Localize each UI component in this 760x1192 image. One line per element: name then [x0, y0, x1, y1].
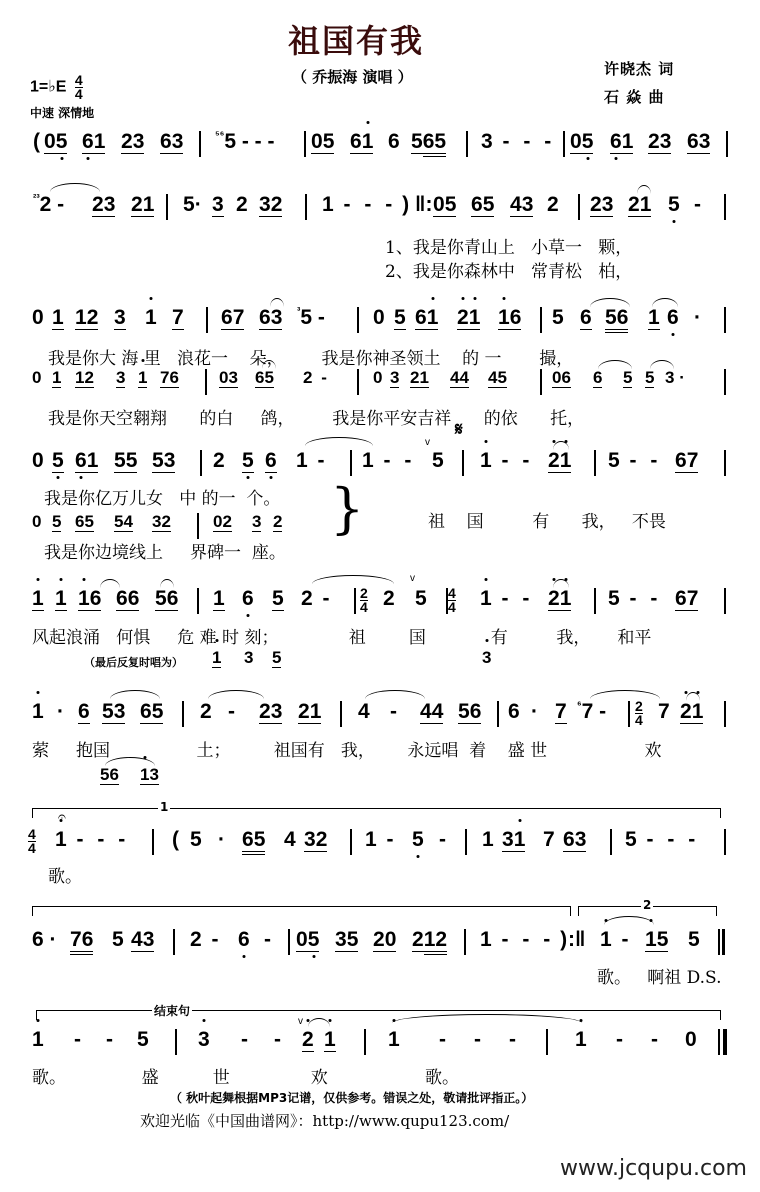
bar-line: [546, 1029, 548, 1055]
note-group: 212: [412, 928, 447, 952]
note: 3: [304, 828, 316, 852]
slur-tie: [392, 1014, 582, 1023]
bar-line: [466, 131, 468, 157]
note-group: ·: [694, 306, 701, 330]
note-group: 3: [198, 1028, 210, 1052]
note: 1: [32, 1028, 44, 1051]
note-group: 2: [383, 587, 395, 611]
bar-line: [724, 450, 726, 476]
note: 1: [640, 193, 652, 217]
bar-line: [724, 307, 726, 333]
note: 2: [298, 700, 310, 724]
time-signature-change: 44: [448, 587, 456, 614]
composer: 石 焱 曲: [604, 86, 664, 107]
note-group: 3: [114, 306, 126, 330]
note-group: 20: [373, 928, 396, 952]
note-group: 05: [296, 928, 319, 952]
note-group: 63: [687, 130, 710, 154]
note: 2: [236, 193, 248, 216]
note: 1: [32, 700, 44, 723]
notation-mark: -: [106, 1028, 113, 1051]
time-signature-change: 44: [28, 828, 36, 855]
bar-line: [462, 450, 464, 476]
notation-mark: -: [630, 449, 637, 472]
note: 6: [75, 449, 87, 473]
notation-mark: -: [384, 449, 391, 472]
note: 5: [445, 193, 457, 217]
note: 5: [434, 130, 446, 157]
note: 3: [116, 368, 125, 388]
note-group: 5: [190, 828, 202, 852]
watermark: www.jcqupu.com: [560, 1156, 747, 1181]
note: 6: [563, 828, 575, 852]
notation-mark: -: [650, 587, 657, 610]
note-group: 12: [75, 306, 98, 330]
note-group: 2 -: [190, 928, 223, 952]
bar-line: [464, 929, 466, 955]
lyric-line: 2、我是你森林中 常青松 柏，: [385, 257, 632, 282]
note-group: 76: [70, 928, 93, 952]
note: 2: [302, 1028, 314, 1052]
slur-tie: [652, 298, 678, 307]
note: 6: [508, 700, 520, 723]
notation-mark: -: [344, 193, 351, 216]
note: 1: [560, 449, 572, 473]
note-group: 5 - -: [608, 587, 661, 611]
bar-line: [197, 513, 199, 539]
breath-mark: v: [410, 573, 415, 584]
note-group: 56: [605, 306, 628, 330]
slur-tie: [308, 1018, 330, 1027]
song-title: 祖国有我: [288, 16, 424, 62]
note-group: 65: [242, 828, 265, 852]
note-group: 5 - - -: [625, 828, 699, 852]
octave-dot-high: [328, 1019, 331, 1022]
notation-mark: -: [439, 828, 446, 851]
note: 7: [70, 928, 82, 955]
lyric-line: 我是你大 海 里 浪花一 朵， 我是你神圣领土 的 一 撮，: [48, 344, 573, 369]
bar-line: [578, 194, 580, 220]
note-group: 3: [390, 368, 399, 388]
note-group: 565: [411, 130, 446, 154]
note: 5 -: [300, 306, 325, 329]
octave-dot-high: [684, 691, 687, 694]
note-group: 43: [510, 193, 533, 217]
volta-label: 结束句: [152, 1002, 192, 1019]
note-group: ²³2 -: [33, 193, 64, 217]
note: 6: [675, 587, 687, 611]
note: 6: [580, 306, 592, 330]
notation-mark: [334, 193, 340, 216]
note: 5: [411, 130, 423, 154]
note: 0: [296, 928, 308, 952]
note: 5: [657, 928, 669, 952]
note-group: -: [237, 1028, 252, 1052]
octave-dot-low: [672, 220, 675, 223]
notation-mark: -: [118, 828, 125, 851]
note: 5: [625, 828, 637, 851]
note-group: 5: [52, 512, 61, 532]
note: 7: [172, 306, 184, 330]
note: 3: [575, 828, 587, 852]
note: 4: [284, 828, 296, 851]
note: 5: [483, 193, 495, 217]
notation-mark: [612, 928, 618, 951]
notation-mark: -: [630, 587, 637, 610]
bar-line: [628, 701, 630, 727]
note: 6: [90, 587, 102, 611]
notation-mark: [355, 193, 361, 216]
note: 3: [602, 193, 614, 217]
note-group: 1 - -: [480, 449, 533, 473]
note-group: 05: [433, 193, 456, 217]
time-signature-change: 24: [360, 587, 368, 614]
note-group: -: [435, 1028, 450, 1052]
note: 5: [152, 700, 164, 724]
note: 6: [675, 449, 687, 473]
note-group: 1 -: [365, 828, 398, 852]
note-group: 67: [675, 587, 698, 611]
note-group: 3 - - -: [481, 130, 555, 154]
note: 1: [622, 130, 634, 154]
bar-line: [304, 131, 306, 157]
octave-dot-low: [614, 157, 617, 160]
note-group: ·: [57, 700, 64, 724]
note-group: 13: [140, 765, 159, 785]
note: 3: [198, 1028, 210, 1051]
lyric-line: 歌。 盛 世 欢 歌。: [32, 1063, 459, 1088]
notation-mark: -: [502, 928, 509, 951]
notation-mark: ): [402, 193, 409, 216]
note: 3: [104, 193, 116, 217]
note: 6: [259, 306, 271, 330]
note: 5 - - -: [224, 130, 274, 153]
bar-line: [175, 1029, 177, 1055]
note-group: 12: [75, 368, 94, 388]
note-group: 23: [259, 700, 282, 724]
note-group: 1 - -: [362, 449, 415, 473]
notation-mark: :: [568, 928, 575, 951]
note: 1: [514, 828, 526, 852]
bar-line: [205, 369, 207, 395]
note-group: 5: [112, 928, 124, 952]
grace-note: ²³: [33, 193, 40, 204]
bar-line: [357, 369, 359, 395]
note: 3: [699, 130, 711, 154]
note: 6: [242, 587, 254, 610]
note-group: 6: [238, 928, 250, 952]
lyric-line: 祖 国 有 我， 不畏: [428, 507, 666, 532]
octave-dot-low: [312, 955, 315, 958]
notation-mark: ·: [531, 700, 538, 723]
note: 3: [660, 130, 672, 154]
note-group: 6: [388, 130, 400, 154]
bar-line: [465, 829, 467, 855]
note-group: 1: [55, 587, 67, 611]
note: 1: [480, 928, 492, 951]
note: 5: [183, 193, 195, 216]
notation-mark: [308, 449, 314, 472]
double-bar-line: [718, 929, 720, 955]
note-group: 1: [324, 1028, 336, 1052]
notation-mark: -: [74, 1028, 81, 1051]
note: 2: [273, 512, 282, 532]
note: 2: [628, 193, 640, 217]
note: 0: [32, 368, 41, 387]
notation-mark: -: [323, 587, 330, 610]
note: 1: [365, 828, 377, 851]
note-group: 61: [82, 130, 105, 154]
note-group: 0: [32, 306, 44, 330]
note-group: 4: [358, 700, 370, 724]
note: 5: [190, 828, 202, 851]
note-group: 44: [28, 828, 36, 855]
note: 5: [152, 449, 164, 473]
notation-mark: -: [651, 1028, 658, 1051]
note: 2: [271, 193, 283, 217]
note: 1: [52, 306, 64, 330]
octave-dot-high: [149, 297, 152, 300]
note-group: :‖: [568, 928, 585, 952]
note-group: 21: [457, 306, 480, 330]
note-group: 5·: [183, 193, 202, 217]
note: 6: [242, 828, 254, 855]
note: 3: [244, 648, 253, 667]
note: 2: [121, 130, 133, 154]
notation-mark: [377, 828, 383, 851]
note: 3: [259, 193, 271, 217]
note: 6: [471, 193, 483, 217]
note-group: 0: [32, 449, 44, 473]
notation-mark: -: [385, 193, 392, 216]
note-group: 1: [32, 1028, 44, 1052]
key: 1=♭E: [30, 79, 66, 96]
octave-dot-high: [484, 440, 487, 443]
note: 5: [264, 368, 273, 388]
note: 4: [123, 512, 132, 532]
volta-bracket-end: [716, 906, 717, 916]
note-group: 1 - - -: [55, 828, 129, 852]
note-group: 05: [311, 130, 334, 154]
note: 6: [561, 368, 570, 388]
notation-mark: -: [543, 928, 550, 951]
note-group: 06: [552, 368, 571, 388]
lyric-line: 我是你边境线上 界碑一 座。: [44, 538, 286, 563]
note: 3: [271, 306, 283, 330]
notation-mark: [641, 587, 647, 610]
note-group: 61: [350, 130, 373, 154]
note-group: 63: [563, 828, 586, 852]
note: 6: [350, 130, 362, 154]
notation-mark: [493, 130, 499, 153]
bar-line: [350, 829, 352, 855]
note: 5: [458, 700, 470, 724]
bar-line: [152, 829, 154, 855]
note: 1: [55, 587, 67, 611]
last-time-note: 3: [244, 648, 253, 668]
note-group: 02: [213, 512, 232, 532]
note: 1: [575, 1028, 587, 1051]
note-group: 5: [137, 1028, 149, 1052]
note: 0: [32, 306, 44, 329]
bar-line: [288, 929, 290, 955]
note: 5: [112, 928, 124, 951]
note-group: 0: [373, 306, 385, 330]
note-group: 65: [140, 700, 163, 724]
note-group: 05: [44, 130, 67, 154]
note: 3: [481, 130, 493, 153]
note-group: 0: [32, 512, 41, 532]
volta-label: 2: [641, 898, 653, 912]
note: 2: [412, 928, 424, 952]
grace-note: ⁶: [577, 700, 582, 711]
note: 2: [92, 193, 104, 217]
fermata-icon: 𝄐: [58, 808, 66, 825]
note-group: 53: [102, 700, 125, 724]
notation-mark: [88, 828, 94, 851]
octave-dot-high: [485, 639, 488, 642]
bar-line: [305, 194, 307, 220]
note-group: 24: [360, 587, 368, 614]
bar-line: [446, 588, 448, 614]
notation-mark: (: [33, 130, 40, 153]
note-group: 21: [131, 193, 154, 217]
last-time-note: 1: [212, 648, 221, 668]
note: 7: [658, 700, 670, 723]
note: 6: [140, 700, 152, 724]
note: 5: [608, 587, 620, 610]
note-group: -: [470, 1028, 485, 1052]
notation-mark: [492, 449, 498, 472]
note: 2: [435, 928, 447, 955]
note-group: 7: [543, 828, 555, 852]
note-group: 67: [221, 306, 244, 330]
note-group: 2: [236, 193, 248, 217]
slur-tie: [590, 298, 630, 307]
note: 5: [582, 130, 594, 154]
note-group: ⁵⁶5 - - -: [215, 130, 274, 154]
notation-mark: [108, 828, 114, 851]
octave-dot-low: [242, 955, 245, 958]
final-bar-thin: [718, 1029, 720, 1055]
note-group: 5: [415, 587, 427, 611]
note: 7: [687, 449, 699, 473]
volta-bracket-end: [720, 808, 721, 818]
notation-mark: ‖: [415, 193, 425, 216]
note: 5: [645, 368, 654, 388]
note: 2: [680, 700, 692, 724]
notation-mark: -: [694, 193, 701, 216]
note: 4: [420, 700, 432, 724]
key-signature: 1=♭E 4 4: [30, 74, 83, 101]
volta-bracket-end: [32, 808, 33, 818]
note-group: 66: [116, 587, 139, 611]
note-group: 1 - - - ): [322, 193, 409, 217]
breath-mark: v: [298, 1016, 303, 1027]
note: 6: [128, 587, 140, 611]
tempo-marking: 中速 深情地: [30, 104, 94, 121]
bar-line: [594, 588, 596, 614]
note: 1: [427, 306, 439, 330]
note: 1: [213, 587, 225, 611]
notation-mark: ·: [50, 928, 57, 951]
slur-tie: [650, 360, 674, 369]
note: 3: [228, 368, 237, 388]
notation-mark: [533, 928, 539, 951]
volta-bracket-end: [36, 1010, 37, 1020]
notation-mark: [637, 828, 643, 851]
bar-line: [497, 701, 499, 727]
volta-bracket-end: [32, 906, 33, 916]
lyricist: 许晓杰 词: [604, 58, 674, 79]
note-group: 76: [160, 368, 179, 388]
note: 6: [388, 130, 400, 153]
volta-bracket: [32, 808, 720, 809]
notation-mark: -: [318, 449, 325, 472]
note-group: 21: [548, 587, 571, 611]
note-group: 61: [610, 130, 633, 154]
note-group: 6: [242, 587, 254, 611]
note-group: -: [647, 1028, 662, 1052]
note-group: 55: [114, 449, 137, 473]
lyric-line: 歌。: [48, 862, 82, 887]
octave-dot-low: [56, 476, 59, 479]
note-group: 1 - - - ): [480, 928, 567, 952]
note-group: -: [505, 1028, 520, 1052]
note-group: 32: [152, 512, 171, 532]
last-time-note: 5: [272, 648, 281, 668]
note-group: 5: [394, 306, 406, 330]
notation-mark: [513, 928, 519, 951]
note: 4: [510, 193, 522, 217]
octave-dot-high: [202, 1019, 205, 1022]
bar-line: [724, 588, 726, 614]
note-group: -: [102, 1028, 117, 1052]
note-group: 21: [298, 700, 321, 724]
note: 1: [322, 193, 334, 216]
note: 2: [383, 587, 395, 610]
note: 1: [388, 1028, 400, 1051]
note-group: 6: [508, 700, 520, 724]
note: 1: [692, 700, 704, 724]
note-group: 43: [131, 928, 154, 952]
note-group: 5: [272, 587, 284, 611]
note: 5: [137, 1028, 149, 1051]
time-signature: 4 4: [75, 74, 83, 101]
note: 3: [502, 828, 514, 852]
notation-mark: -: [522, 587, 529, 610]
note-group: 1: [482, 828, 494, 852]
notation-mark: -: [439, 1028, 446, 1051]
notation-mark: -: [509, 1028, 516, 1051]
slur-tie: [598, 360, 632, 369]
last-time-note: 3: [482, 648, 491, 668]
volta-bracket-end: [570, 906, 571, 916]
note: 2: [547, 193, 559, 216]
note: 6: [78, 700, 90, 724]
notation-mark: [395, 449, 401, 472]
slur-tie: [208, 690, 264, 699]
notation-mark: -: [321, 368, 327, 387]
note: 3: [164, 449, 176, 473]
notation-mark: ): [560, 928, 567, 951]
site-link[interactable]: 欢迎光临《中国曲谱网》：http://www.qupu123.com/: [140, 1110, 509, 1131]
note-group: 35: [335, 928, 358, 952]
note: 1: [296, 449, 308, 472]
notation-mark: -: [364, 193, 371, 216]
notation-mark: :: [425, 193, 432, 216]
bar-line: [197, 588, 199, 614]
